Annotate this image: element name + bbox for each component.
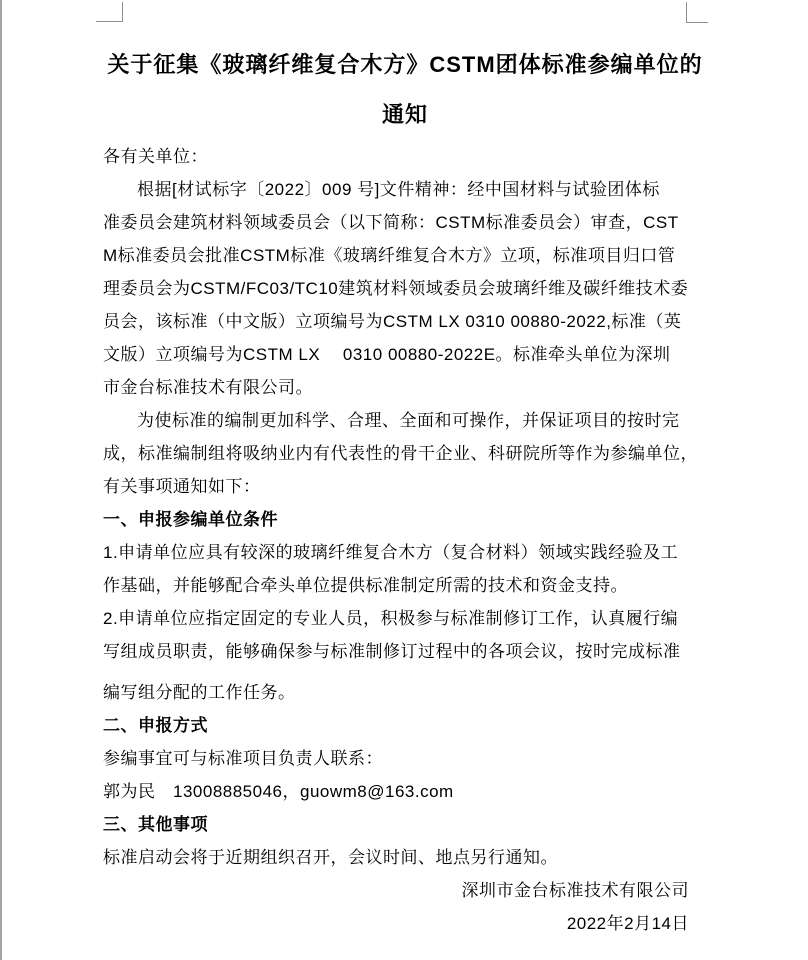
document-line: 标准启动会将于近期组织召开，会议时间、地点另行通知。 [103,841,707,874]
section-heading: 二、申报方式 [103,709,707,742]
document-line: 深圳市金台标准技术有限公司 [103,874,707,907]
document-line: 2022年2月14日 [103,907,707,940]
document-line: 根据[材试标字〔2022〕009 号]文件精神：经中国材料与试验团体标 [103,173,707,206]
document-line: 市金台标准技术有限公司。 [103,371,707,404]
document-line: 参编事宜可与标准项目负责人联系： [103,742,707,775]
document-title-line: 通知 [103,90,707,140]
document-body: 各有关单位：根据[材试标字〔2022〕009 号]文件精神：经中国材料与试验团体… [103,140,707,940]
document-line: M标准委员会批准CSTM标准《玻璃纤维复合木方》立项，标准项目归口管 [103,239,707,272]
document-content: 关于征集《玻璃纤维复合木方》CSTM团体标准参编单位的 通知 各有关单位：根据[… [103,0,707,940]
document-line: 理委员会为CSTM/FC03/TC10建筑材料领域委员会玻璃纤维及碳纤维技术委 [103,272,707,305]
document-line: 2.申请单位应指定固定的专业人员，积极参与标准制修订工作，认真履行编 [103,602,707,635]
document-line: 各有关单位： [103,140,707,173]
document-line: 郭为民 13008885046，guowm8@163.com [103,775,707,808]
document-line: 文版）立项编号为CSTM LX 0310 00880-2022E。标准牵头单位为… [103,338,707,371]
document-title-line: 关于征集《玻璃纤维复合木方》CSTM团体标准参编单位的 [103,40,707,90]
document-line: 成，标准编制组将吸纳业内有代表性的骨干企业、科研院所等作为参编单位， [103,437,707,470]
document-title: 关于征集《玻璃纤维复合木方》CSTM团体标准参编单位的 通知 [103,40,707,140]
document-line: 员会，该标准（中文版）立项编号为CSTM LX 0310 00880-2022,… [103,305,707,338]
document-line: 有关事项通知如下： [103,470,707,503]
page-left-edge [0,0,2,960]
section-heading: 三、其他事项 [103,808,707,841]
document-line: 写组成员职责，能够确保参与标准制修订过程中的各项会议，按时完成标准 [103,635,707,668]
document-page: 关于征集《玻璃纤维复合木方》CSTM团体标准参编单位的 通知 各有关单位：根据[… [0,0,808,960]
document-line: 作基础，并能够配合牵头单位提供标准制定所需的技术和资金支持。 [103,569,707,602]
document-line: 编写组分配的工作任务。 [103,676,707,709]
section-heading: 一、申报参编单位条件 [103,503,707,536]
document-line: 为使标准的编制更加科学、合理、全面和可操作，并保证项目的按时完 [103,404,707,437]
document-line: 准委员会建筑材料领域委员会（以下简称：CSTM标准委员会）审查，CST [103,206,707,239]
document-line: 1.申请单位应具有较深的玻璃纤维复合木方（复合材料）领域实践经验及工 [103,536,707,569]
